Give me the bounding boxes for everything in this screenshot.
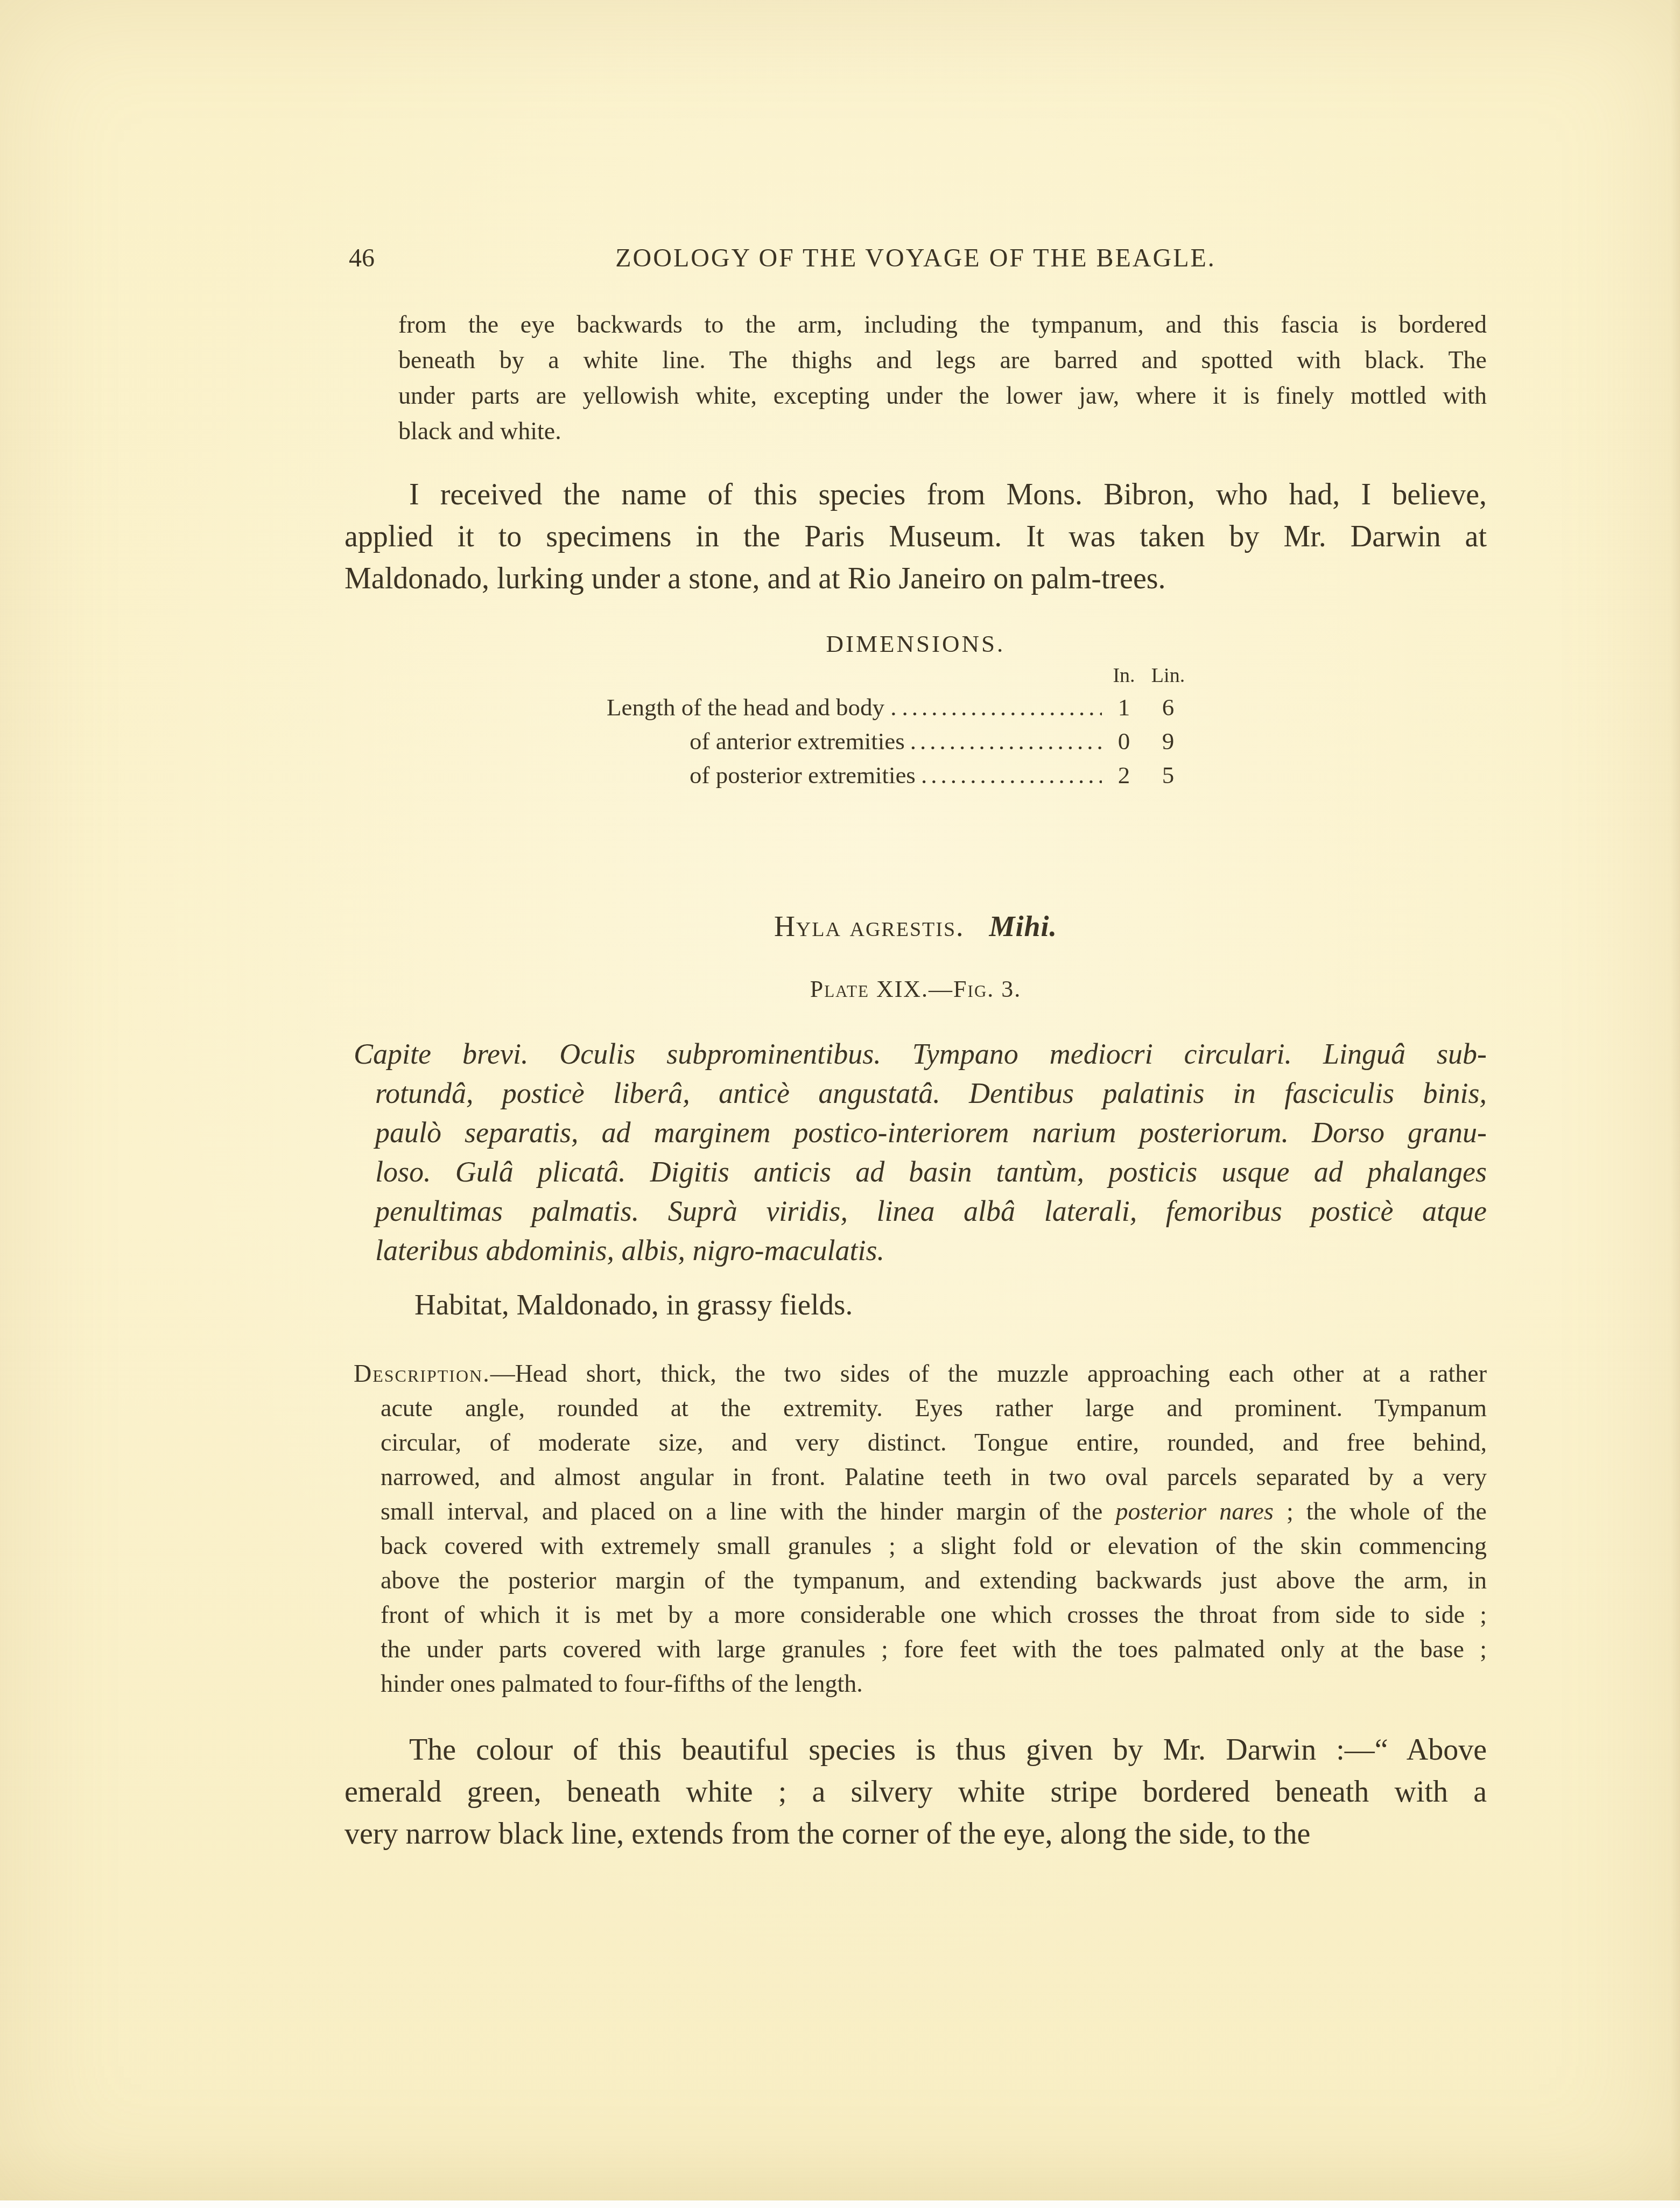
line5-italic-term: posterior nares: [1116, 1497, 1274, 1525]
text-line: narrowed, and almost angular in front. P…: [354, 1460, 1487, 1494]
text-line: emerald green, beneath white ; a silvery…: [345, 1771, 1487, 1813]
running-header: 46 ZOOLOGY OF THE VOYAGE OF THE BEAGLE.: [345, 243, 1487, 281]
text-line: Capite brevi. Oculis subprominentibus. T…: [354, 1035, 1487, 1074]
text-line: loso. Gulâ plicatâ. Digitis anticis ad b…: [354, 1152, 1487, 1192]
leader-dots: ........................................…: [897, 693, 1102, 721]
column-header-in: In.: [1102, 664, 1146, 687]
leader-dots: ........................................…: [916, 761, 1102, 789]
text-line: Description.—Head short, thick, the two …: [354, 1356, 1487, 1391]
row-label: of anterior extremities: [690, 727, 905, 755]
text-line: black and white.: [398, 413, 1487, 449]
text-line: paulò separatis, ad marginem postico-int…: [354, 1113, 1487, 1152]
text-line: front of which it is met by a more consi…: [354, 1598, 1487, 1632]
text-line: The colour of this beautiful species is …: [345, 1729, 1487, 1771]
text-line: I received the name of this species from…: [345, 474, 1487, 516]
value-lin: 6: [1146, 693, 1190, 721]
text-line: applied it to specimens in the Paris Mus…: [345, 516, 1487, 558]
text-line: lateribus abdominis, albis, nigro-macula…: [354, 1231, 1487, 1270]
column-spacer: [607, 664, 1102, 687]
plate-figure-line: Plate XIX.—Fig. 3.: [345, 975, 1487, 1003]
value-in: 2: [1102, 761, 1146, 789]
line5-post: ; the whole of the: [1274, 1497, 1487, 1525]
table-row: Length of the head and body . ..........…: [607, 693, 1190, 727]
column-header-lin: Lin.: [1146, 664, 1190, 687]
text-line: Maldonado, lurking under a stone, and at…: [345, 558, 1487, 600]
dimensions-column-headers: In. Lin.: [607, 664, 1190, 687]
plate-figure-text: Plate XIX.—Fig. 3.: [810, 976, 1022, 1002]
value-lin: 5: [1146, 761, 1190, 789]
text-line: rotundâ, posticè liberâ, anticè angustat…: [354, 1074, 1487, 1113]
value-in: 1: [1102, 693, 1146, 721]
description-paragraph: Description.—Head short, thick, the two …: [354, 1356, 1487, 1701]
species-authority: Mihi.: [989, 910, 1058, 943]
line5-pre: small interval, and placed on a line wit…: [381, 1497, 1116, 1525]
value-in: 0: [1102, 727, 1146, 755]
dimensions-table: Length of the head and body . ..........…: [607, 693, 1190, 795]
text-line: under parts are yellowish white, excepti…: [398, 378, 1487, 413]
paragraph-continuation: from the eye backwards to the arm, inclu…: [398, 307, 1487, 449]
value-lin: 9: [1146, 727, 1190, 755]
row-label: of posterior extremities: [690, 761, 916, 789]
species-heading: Hyla agrestis.Mihi.: [345, 910, 1487, 943]
text-line: the under parts covered with large granu…: [354, 1632, 1487, 1666]
running-title: ZOOLOGY OF THE VOYAGE OF THE BEAGLE.: [345, 243, 1487, 273]
description-label: Description.: [354, 1360, 490, 1387]
book-page: 46 ZOOLOGY OF THE VOYAGE OF THE BEAGLE. …: [0, 0, 1680, 2208]
text-line: back covered with extremely small granul…: [354, 1529, 1487, 1563]
scan-bottom-edge: [0, 2200, 1680, 2208]
description-line1-rest: —Head short, thick, the two sides of the…: [490, 1360, 1487, 1387]
text-line: hinder ones palmated to four-fifths of t…: [354, 1666, 1487, 1701]
text-line: above the posterior margin of the tympan…: [354, 1563, 1487, 1598]
text-line: circular, of moderate size, and very dis…: [354, 1425, 1487, 1460]
species-name: Hyla agrestis.: [774, 910, 965, 943]
row-label: Length of the head and body .: [607, 693, 897, 721]
text-line: from the eye backwards to the arm, inclu…: [398, 307, 1487, 342]
text-line: penultimas palmatis. Suprà viridis, line…: [354, 1192, 1487, 1231]
colour-paragraph: The colour of this beautiful species is …: [345, 1729, 1487, 1855]
text-line: acute angle, rounded at the extremity. E…: [354, 1391, 1487, 1425]
habitat-line: Habitat, Maldonado, in grassy fields.: [345, 1288, 1557, 1321]
page-number: 46: [349, 243, 375, 273]
text-line: very narrow black line, extends from the…: [345, 1813, 1487, 1855]
text-line: beneath by a white line. The thighs and …: [398, 342, 1487, 378]
leader-dots: ........................................…: [905, 727, 1102, 755]
scan-right-shading: [1670, 0, 1680, 2208]
paragraph-bibron: I received the name of this species from…: [345, 474, 1487, 600]
text-line: small interval, and placed on a line wit…: [354, 1494, 1487, 1529]
table-row: of posterior extremities ...............…: [607, 761, 1190, 795]
table-row: of anterior extremities ................…: [607, 727, 1190, 761]
latin-diagnosis: Capite brevi. Oculis subprominentibus. T…: [354, 1035, 1487, 1270]
dimensions-heading: DIMENSIONS.: [345, 630, 1487, 658]
